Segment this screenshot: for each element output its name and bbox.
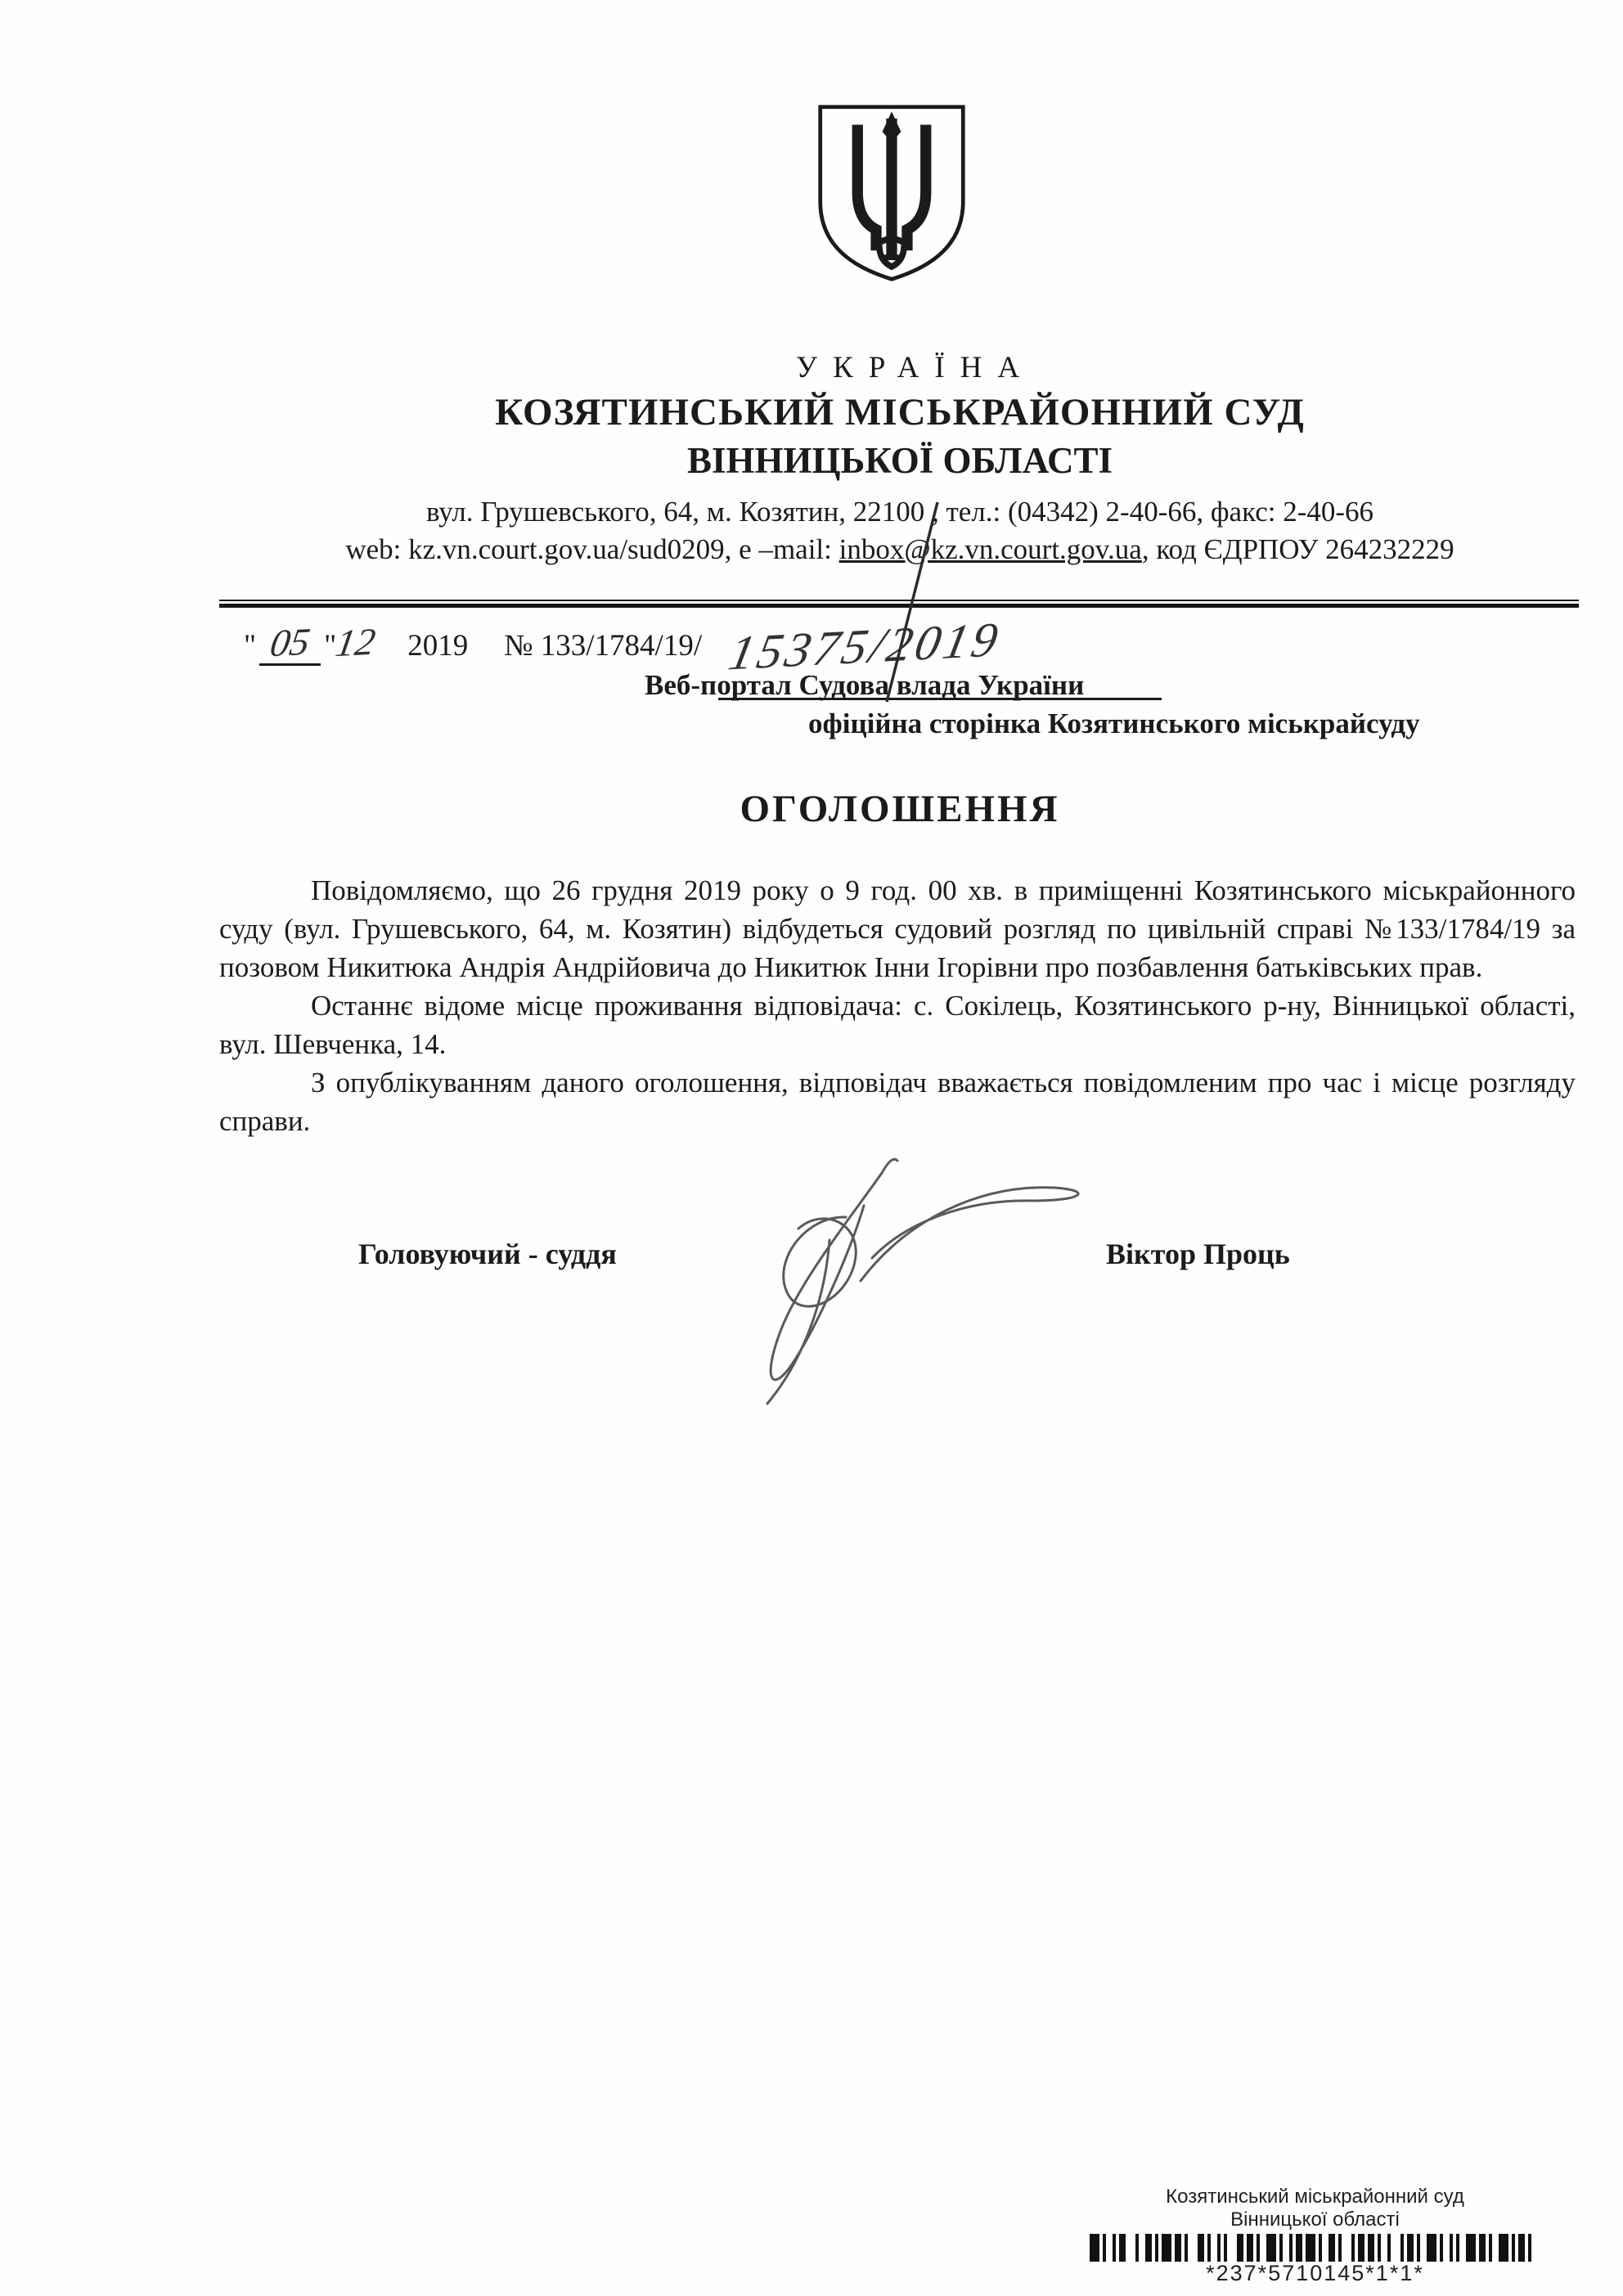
barcode-number: *237*5710145*1*1* bbox=[1084, 2262, 1546, 2285]
document-title: ОГОЛОШЕННЯ bbox=[221, 787, 1579, 831]
body-paragraph: З опублікуванням даного оголошення, відп… bbox=[219, 1063, 1576, 1140]
header-divider-rule bbox=[219, 600, 1579, 608]
stamp-court-line2: Вінницької області bbox=[1084, 2208, 1546, 2231]
court-name-line2: ВІННИЦЬКОЇ ОБЛАСТІ bbox=[221, 439, 1579, 482]
body-paragraph: Останнє відоме місце проживання відповід… bbox=[219, 986, 1576, 1063]
stamp-court-line1: Козятинський міськрайонний суд bbox=[1084, 2186, 1546, 2208]
handwriting-overlay bbox=[0, 0, 1623, 2296]
case-number-label: № 133/1784/19/ bbox=[504, 629, 702, 663]
recipient-line2: офіційна сторінка Козятинського міськрай… bbox=[808, 708, 1420, 740]
handwritten-day-field: 05 bbox=[259, 627, 321, 666]
registration-stamp-block: Козятинський міськрайонний суд Вінницько… bbox=[1084, 2186, 1546, 2285]
recipient-line1: Веб-портал Судова влада України bbox=[645, 669, 1084, 702]
coat-of-arms-icon bbox=[814, 102, 969, 284]
barcode bbox=[1090, 2234, 1541, 2262]
court-address-line: вул. Грушевського, 64, м. Козятин, 22100… bbox=[221, 496, 1579, 528]
handwritten-day: 05 bbox=[268, 626, 312, 660]
web-email-prefix: web: kz.vn.court.gov.ua/sud0209, e –mail… bbox=[345, 533, 838, 565]
court-email: inbox@kz.vn.court.gov.ua bbox=[839, 533, 1142, 565]
court-name-line1: КОЗЯТИНСЬКИЙ МІСЬКРАЙОННИЙ СУД bbox=[221, 390, 1579, 434]
body-paragraph: Повідомляємо, що 26 грудня 2019 року о 9… bbox=[219, 871, 1576, 986]
edrpou-code: , код ЄДРПОУ 264232229 bbox=[1142, 533, 1454, 565]
country-label: УКРАЇНА bbox=[221, 350, 1594, 385]
scanned-court-letter: УКРАЇНА КОЗЯТИНСЬКИЙ МІСЬКРАЙОННИЙ СУД В… bbox=[0, 0, 1623, 2296]
quote-open: " bbox=[244, 629, 256, 663]
reference-year: 2019 bbox=[407, 629, 468, 663]
signer-name: Віктор Проць bbox=[1106, 1237, 1290, 1271]
announcement-body: Повідомляємо, що 26 грудня 2019 року о 9… bbox=[219, 871, 1576, 1140]
handwritten-month: 12 bbox=[334, 626, 378, 660]
court-contacts-line: web: kz.vn.court.gov.ua/sud0209, e –mail… bbox=[221, 533, 1579, 566]
judge-signature bbox=[767, 1159, 1078, 1404]
reference-line: "05"122019№ 133/1784/19/ bbox=[244, 627, 702, 666]
signer-role-label: Головуючий - суддя bbox=[358, 1237, 617, 1271]
